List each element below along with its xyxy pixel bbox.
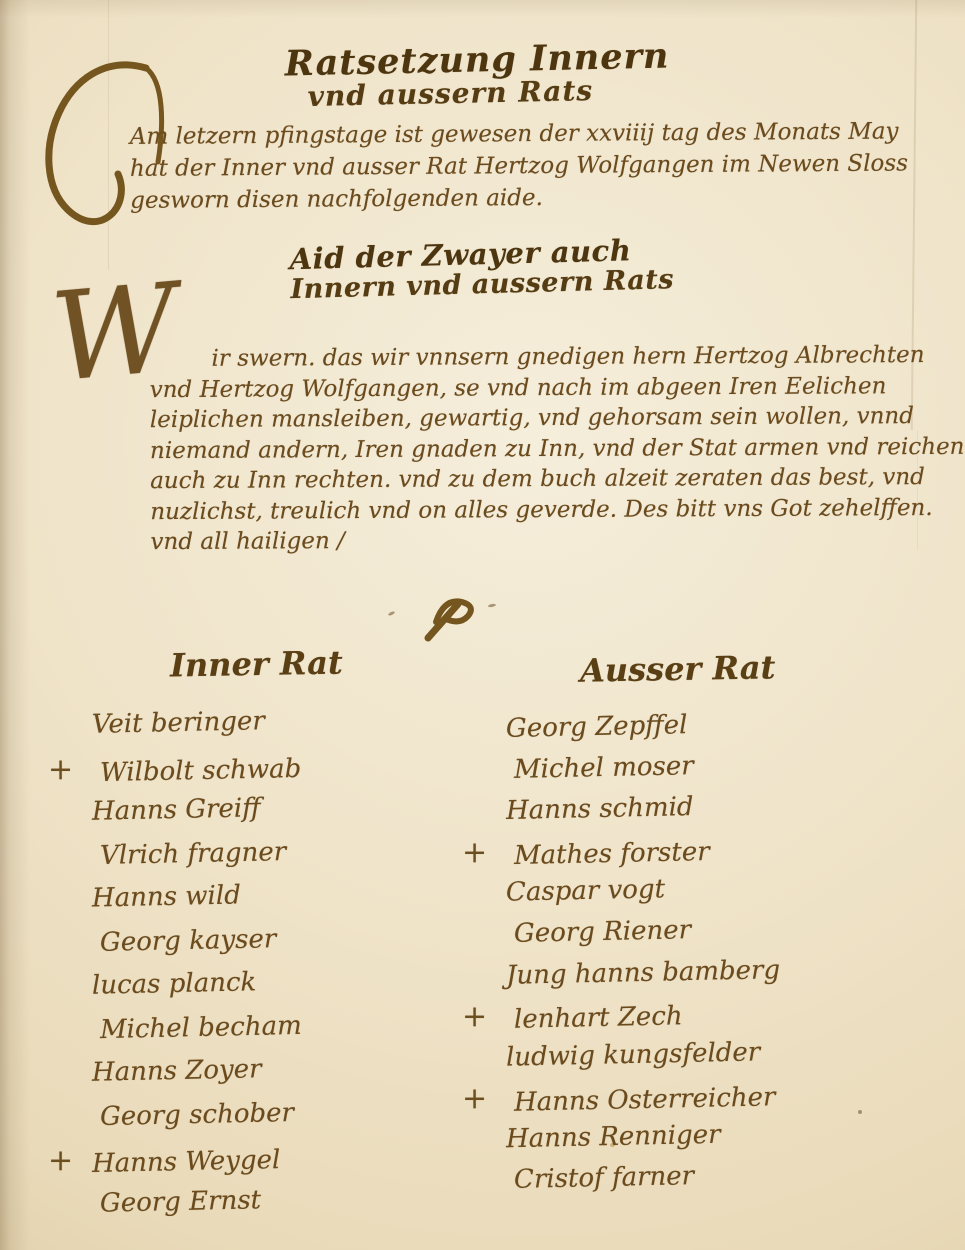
ink-speck xyxy=(488,603,496,607)
person-name: Georg Zepffel xyxy=(506,710,688,744)
intro-paragraph: Am letzern pfingstage ist gewesen der xx… xyxy=(130,115,951,217)
person-name: lenhart Zech xyxy=(514,1001,683,1035)
person-name: Georg kayser xyxy=(100,924,277,958)
list-item: Vlrich fragner xyxy=(48,839,428,883)
oath-heading: Aid der Zwayer auch Innern vnd aussern R… xyxy=(289,234,611,305)
cross-mark: + xyxy=(462,999,506,1034)
person-name: Hanns wild xyxy=(92,880,241,913)
list-item: + lenhart Zech xyxy=(462,999,882,1040)
list-item: Caspar vogt xyxy=(462,876,882,917)
list-item: + Mathes forster xyxy=(462,835,882,876)
oath-paragraph: ir swern. das wir vnnsern gnedigen hern … xyxy=(149,340,950,558)
person-name: Cristof farner xyxy=(514,1161,695,1195)
paragraph-line: leiplichen mansleiben, gewartig, vnd geh… xyxy=(150,401,950,436)
person-name: Caspar vogt xyxy=(506,874,666,907)
person-name: Veit beringer xyxy=(92,706,265,740)
paragraph-line: vnd all hailigen / xyxy=(150,523,950,558)
list-item: + Wilbolt schwab xyxy=(48,752,428,796)
manuscript-page: Ratsetzung Innern vnd aussern Rats Am le… xyxy=(0,0,965,1250)
list-item: ludwig kungsfelder xyxy=(462,1040,882,1081)
list-item: Michel becham xyxy=(48,1013,428,1057)
person-name: Wilbolt schwab xyxy=(100,753,302,787)
paragraph-line: ir swern. das wir vnnsern gnedigen hern … xyxy=(149,340,949,375)
person-name: Hanns Greiff xyxy=(92,793,261,827)
person-name: Mathes forster xyxy=(514,837,710,871)
person-name: Hanns schmid xyxy=(506,792,694,826)
list-item: Michel moser xyxy=(462,753,882,794)
list-item: Georg Zepffel xyxy=(462,712,882,753)
person-name: Michel moser xyxy=(514,751,694,785)
title-heading: Ratsetzung Innern vnd aussern Rats xyxy=(284,37,615,114)
list-item: Veit beringer xyxy=(48,708,428,752)
paragraph-line: hat der Inner vnd ausser Rat Hertzog Wol… xyxy=(130,147,950,185)
paragraph-mark-icon xyxy=(412,592,482,648)
person-name: Hanns Weygel xyxy=(92,1145,281,1179)
person-name: Georg Ernst xyxy=(100,1185,262,1218)
inner-rat-list: Veit beringer + Wilbolt schwab Hanns Gre… xyxy=(48,708,428,1230)
person-name: Hanns Osterreicher xyxy=(514,1082,776,1117)
list-item: Hanns wild xyxy=(48,882,428,926)
list-item: Cristof farner xyxy=(462,1163,882,1204)
ausser-rat-list: Georg Zepffel Michel moser Hanns schmid … xyxy=(462,712,882,1204)
person-name: Georg Riener xyxy=(514,915,692,949)
cross-mark: + xyxy=(48,1143,92,1178)
title-line-2: vnd aussern Rats xyxy=(285,74,616,114)
cross-mark: + xyxy=(48,752,92,787)
list-item: lucas planck xyxy=(48,969,428,1013)
paragraph-line: vnd Hertzog Wolfgangen, se vnd nach im a… xyxy=(150,370,950,405)
person-name: ludwig kungsfelder xyxy=(506,1037,761,1072)
inner-rat-header: Inner Rat xyxy=(170,643,343,684)
person-name: Hanns Zoyer xyxy=(92,1054,262,1088)
person-name: Michel becham xyxy=(100,1010,302,1044)
list-item: Hanns Greiff xyxy=(48,795,428,839)
list-item: Georg Ernst xyxy=(48,1187,428,1231)
list-item: Hanns Renniger xyxy=(462,1122,882,1163)
cross-mark: + xyxy=(462,1081,506,1116)
paragraph-line: nuzlichst, treulich vnd on alles geverde… xyxy=(150,492,950,527)
person-name: Vlrich fragner xyxy=(100,837,287,871)
ausser-rat-header: Ausser Rat xyxy=(580,648,776,689)
cross-mark: + xyxy=(462,835,506,870)
list-item: Hanns schmid xyxy=(462,794,882,835)
list-item: Georg schober xyxy=(48,1100,428,1144)
paragraph-line: niemand andern, Iren gnaden zu Inn, vnd … xyxy=(150,431,950,466)
list-item: + Hanns Osterreicher xyxy=(462,1081,882,1122)
list-item: Jung hanns bamberg xyxy=(462,958,882,999)
list-item: Hanns Zoyer xyxy=(48,1056,428,1100)
list-item: + Hanns Weygel xyxy=(48,1143,428,1187)
list-item: Georg Riener xyxy=(462,917,882,958)
person-name: Jung hanns bamberg xyxy=(506,955,781,991)
person-name: lucas planck xyxy=(92,967,257,1000)
person-name: Georg schober xyxy=(100,1097,295,1131)
list-item: Georg kayser xyxy=(48,926,428,970)
paragraph-line: gesworn disen nachfolgenden aide. xyxy=(130,179,950,217)
paragraph-line: auch zu Inn rechten. vnd zu dem buch alz… xyxy=(150,462,950,497)
ink-speck xyxy=(388,611,396,617)
person-name: Hanns Renniger xyxy=(506,1120,721,1154)
